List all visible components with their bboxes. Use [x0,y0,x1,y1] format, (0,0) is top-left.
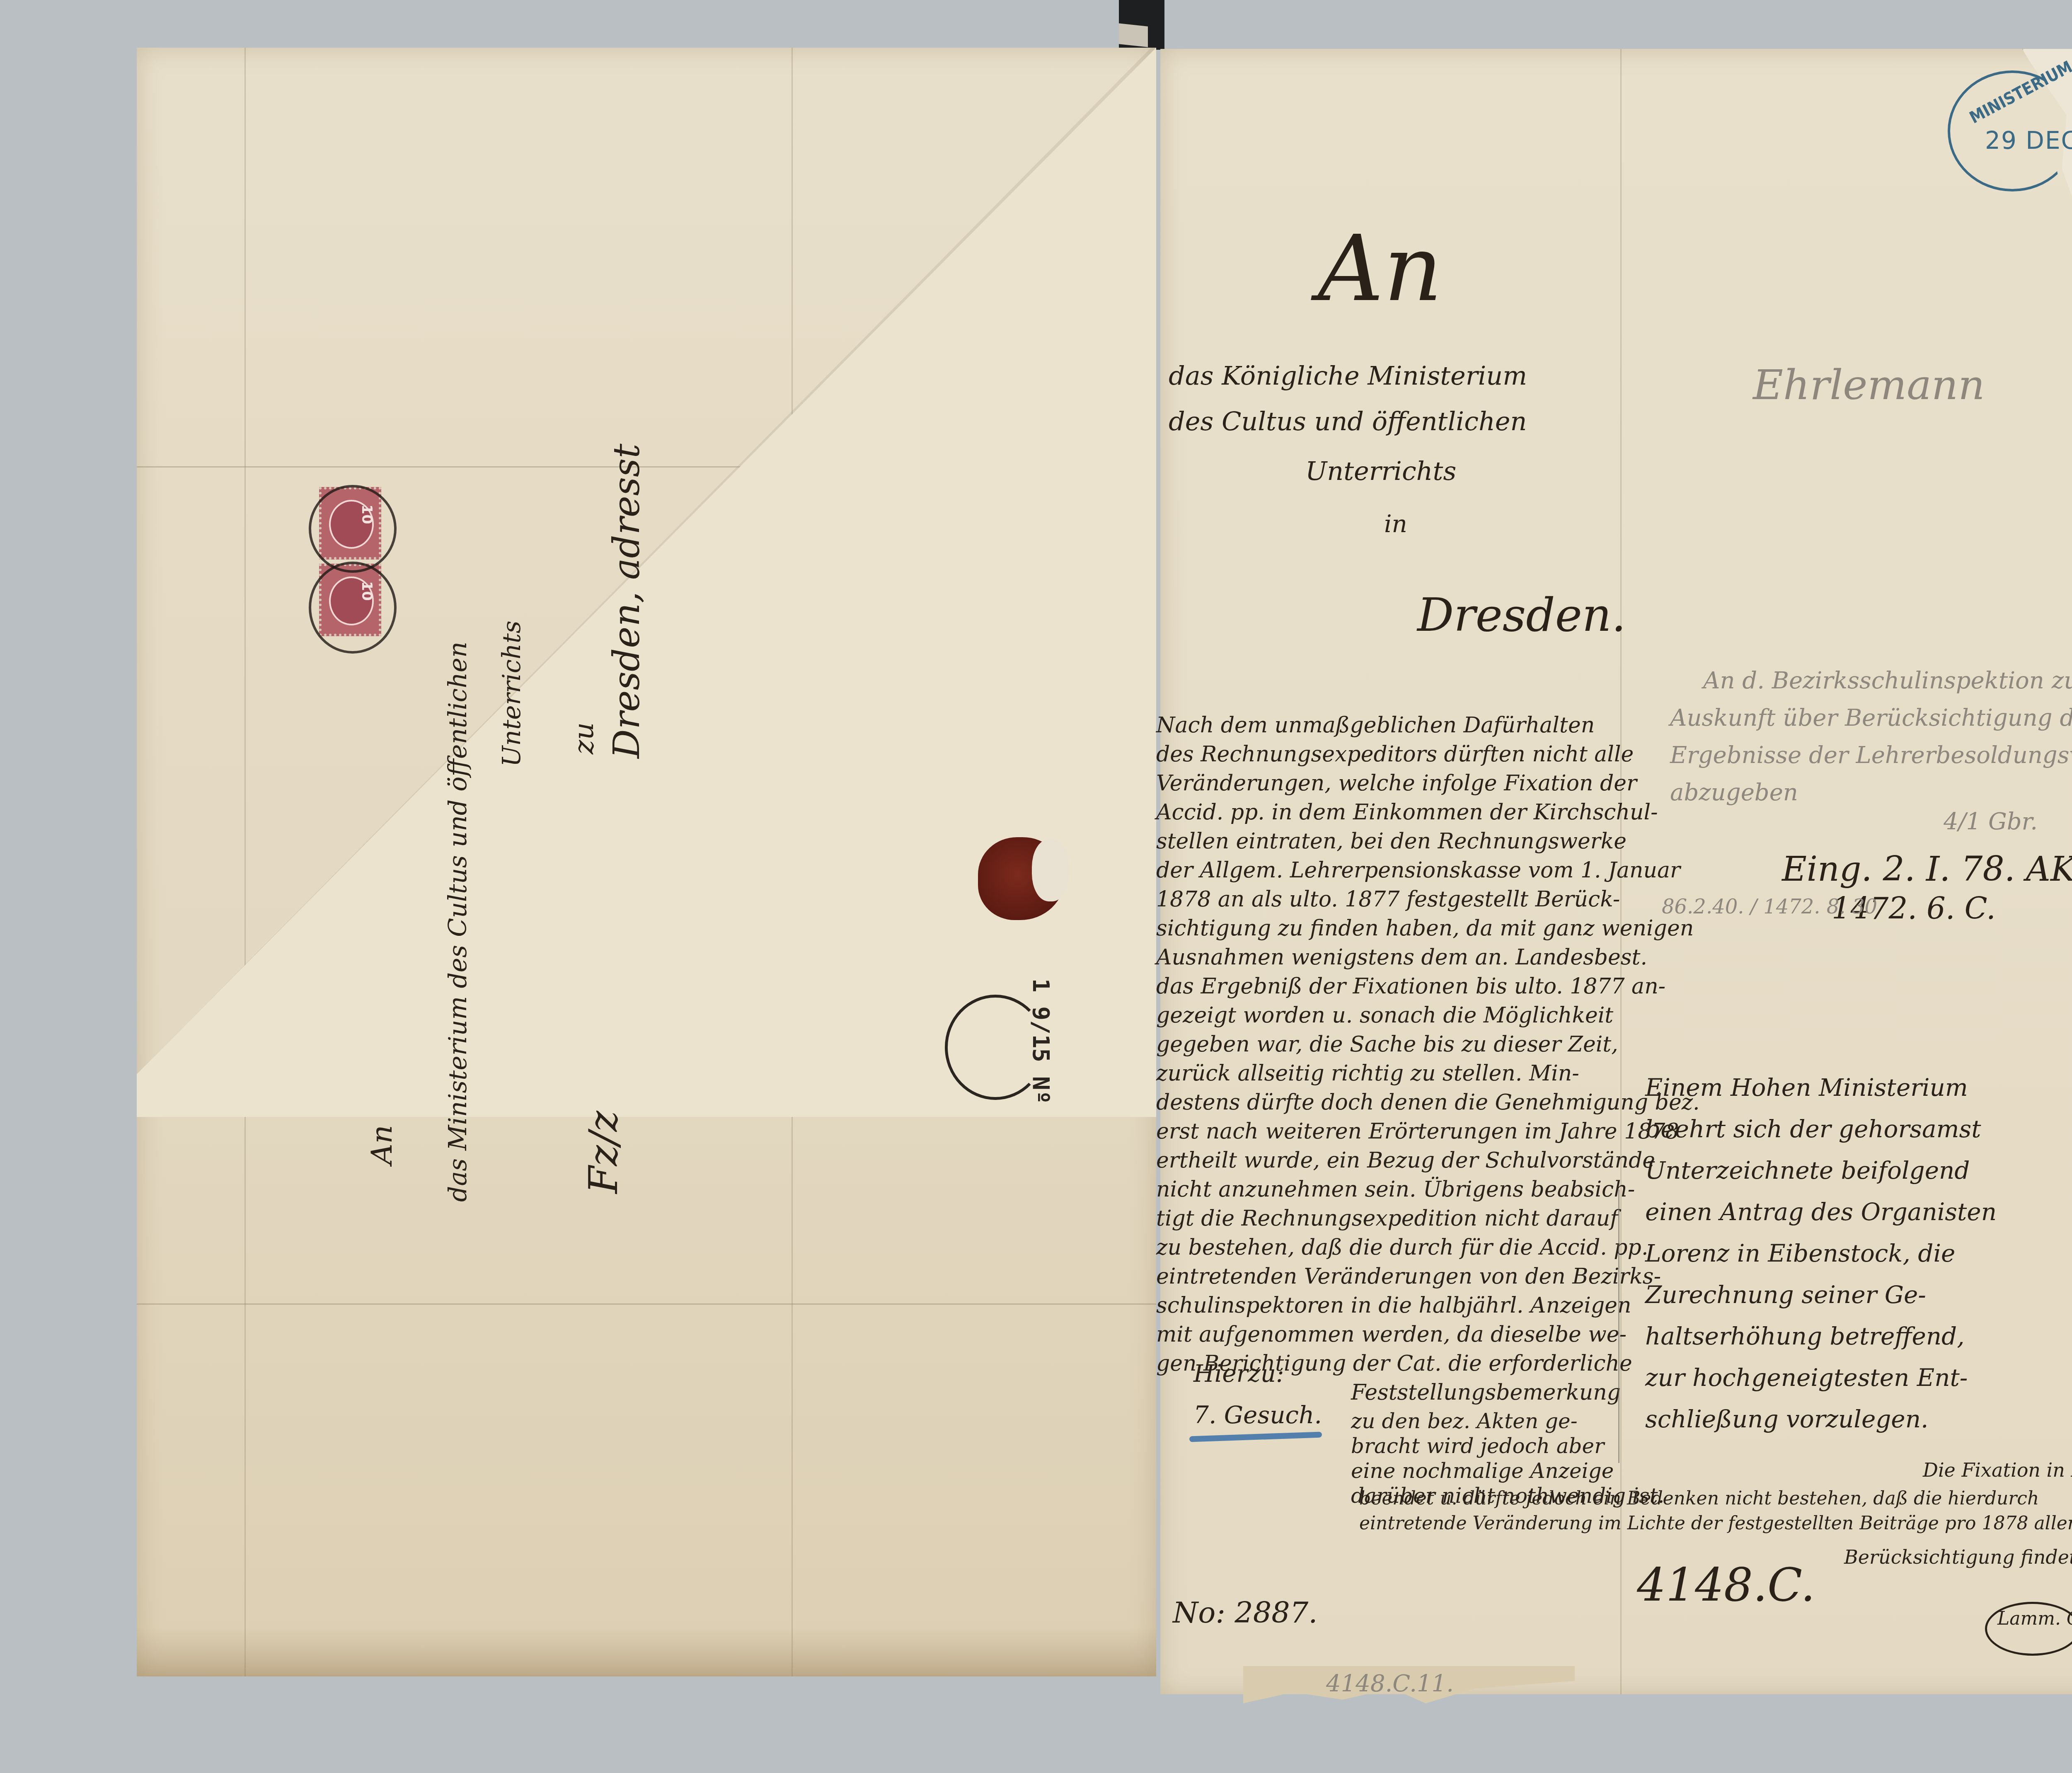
text-line: Einem Hohen Ministerium [1645,1073,1968,1102]
case-number: 4148.C. [1637,1558,1815,1611]
address-line: das Ministerium des Cultus und öffentlic… [443,642,472,1202]
closing-line: beendet u. dürfte jedoch ein Bedenken ni… [1359,1488,2039,1509]
text-line: haltserhöhung betreffend, [1645,1322,1965,1350]
salutation-an: An [1318,216,1443,322]
text-line: Accid. pp. in dem Einkommen der Kirchsch… [1156,800,1658,825]
text-line: gezeigt worden u. sonach die Möglichkeit [1156,1003,1613,1028]
text-line: ertheilt wurde, ein Bezug der Schulvorst… [1156,1148,1655,1173]
text-line: erst nach weiteren Erörterungen im Jahre… [1156,1119,1679,1144]
text-line: Veränderungen, welche infolge Fixation d… [1156,771,1637,796]
closing-line: eintretende Veränderung im Lichte der fe… [1359,1513,2072,1534]
margin-note: Hierzu: [1193,1359,1284,1388]
text-line: einen Antrag des Organisten [1645,1198,1997,1226]
text-line: zurück allseitig richtig zu stellen. Min… [1156,1061,1579,1086]
text-line: sichtigung zu finden haben, da mit ganz … [1156,916,1694,941]
recipient-line: das Königliche Ministerium [1169,361,1527,391]
registry-pencil: 86.2.40. / 1472. 8. 30 [1662,895,1877,918]
text-line: gegeben war, die Sache bis zu dieser Zei… [1156,1032,1618,1057]
pencil-note-line: Ergebnisse der Lehrerbesoldungsverhältni… [1670,742,2072,769]
text-line: tigt die Rechnungsexpedition nicht darau… [1156,1206,1618,1231]
text-line: destens dürfte doch denen die Genehmigun… [1156,1090,1700,1115]
spine-page-edge [1119,23,1148,47]
pencil-note-line: 4/1 Gbr. [1944,808,2038,835]
text-line: Feststellungsbemerkung [1351,1380,1621,1405]
text-line: eintretenden Veränderungen von den Bezir… [1156,1264,1661,1289]
ministry-stamp-date: 29 DEC [1985,126,2072,155]
text-line: schulinspektoren in die halbjährl. Anzei… [1156,1293,1631,1318]
text-line: zu bestehen, daß die durch für die Accid… [1156,1235,1648,1260]
recipient-line: des Cultus und öffentlichen [1169,406,1527,436]
fold-crease [137,1303,1156,1305]
recipient-line: Unterrichts [1305,456,1456,486]
closing-line: Berücksichtigung findet. [1844,1546,2072,1568]
text-line: des Rechnungsexpeditors dürften nicht al… [1156,742,1634,767]
closing-line: Die Fixation in Eibenstock ist längst [1923,1459,2072,1481]
text-line: das Ergebniß der Fixationen bis ulto. 18… [1156,974,1665,999]
text-line: zur hochgeneigtesten Ent- [1645,1364,1968,1392]
text-line: Ausnahmen wenigstens dem an. Landesbest. [1156,945,1647,970]
cancellation-mark [309,562,397,654]
address-salutation: An [365,1125,399,1165]
text-line: schließung vorzulegen. [1645,1405,1928,1433]
text-line: zu den bez. Akten ge- [1351,1409,1578,1433]
column-divider-line [1618,1189,1619,1463]
text-line: Nach dem unmaßgeblichen Dafürhalten [1156,713,1595,738]
text-line: Unterzeichnete beifolgend [1645,1156,1970,1184]
text-line: bracht wird jedoch aber [1351,1434,1604,1458]
address-city: Dresden, adresst [605,443,648,758]
address-line: zu [568,722,600,754]
text-line: nicht anzunehmen sein. Übrigens beabsich… [1156,1177,1635,1202]
initials-mark: Fz/z [580,1111,627,1194]
text-line: Lorenz in Eibenstock, die [1645,1239,1955,1267]
signature: Lamm. Calev. [1997,1608,2072,1629]
text-line: stellen eintraten, bei den Rechnungswerk… [1156,829,1627,854]
text-line: der Allgem. Lehrerpensionskasse vom 1. J… [1156,858,1680,883]
text-line: 1878 an als ulto. 1877 festgestellt Berü… [1156,887,1620,912]
pencil-note-line: An d. Bezirksschulinspektion zur [1703,667,2072,694]
pencil-note-line: Auskunft über Berücksichtigung der [1670,705,2072,731]
address-line: Unterrichts [497,620,526,767]
recipient-line: in [1384,510,1407,538]
text-line: Zurechnung seiner Ge- [1645,1281,1926,1309]
text-line: eine nochmalige Anzeige [1351,1459,1614,1483]
file-number: No: 2887. [1173,1596,1318,1630]
postmark-text: 1 9/15 Nº [1027,979,1054,1104]
pencil-note-line: abzugeben [1670,779,1798,806]
registry-entry: Eing. 2. I. 78. AKl [1782,850,2072,889]
cancellation-mark [309,485,397,573]
fold-crease [244,48,246,1676]
pencil-signature: Ehrlemann [1753,361,1985,409]
margin-note: 7. Gesuch. [1193,1401,1322,1429]
text-line: mit aufgenommen werden, da dieselbe we- [1156,1322,1627,1347]
text-line: beehrt sich der gehorsamst [1645,1115,1981,1143]
bottom-pencil-note: 4148.C.11. [1326,1670,1454,1697]
recipient-city: Dresden. [1417,589,1626,642]
